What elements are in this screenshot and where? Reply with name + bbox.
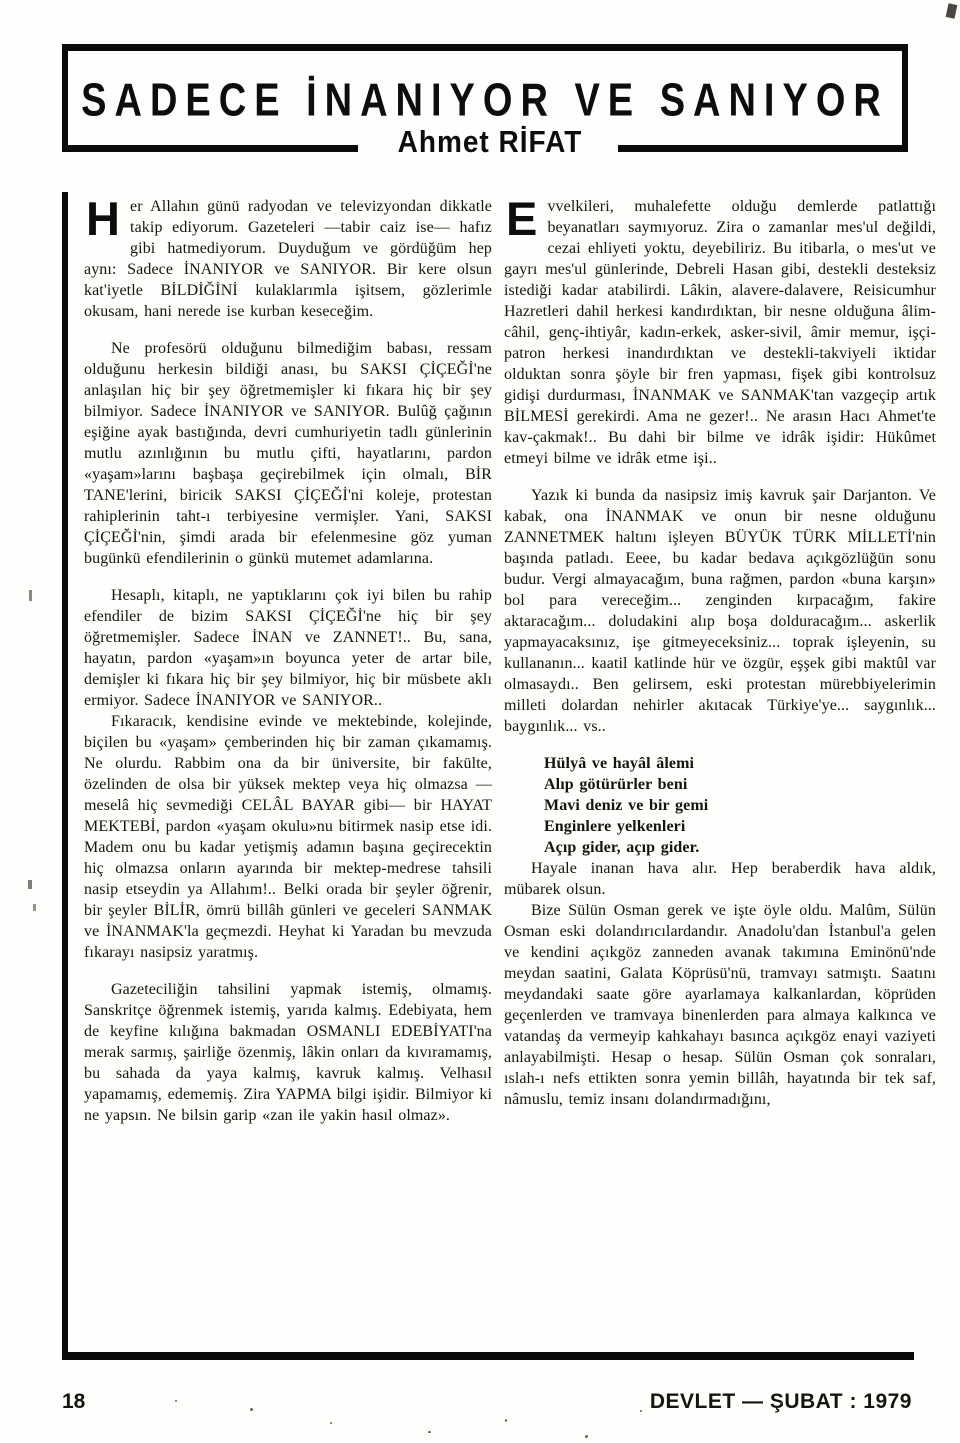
poem-line: Hülyâ ve hayâl âlemi bbox=[544, 753, 936, 774]
paragraph: Ne profesörü olduğunu bilmediğim babası,… bbox=[84, 338, 492, 569]
paragraph: Yazık ki bunda da nasipsiz imiş kavruk ş… bbox=[504, 485, 936, 737]
poem-line: Mavi deniz ve bir gemi bbox=[544, 795, 936, 816]
title-bottom-rule-left bbox=[62, 145, 358, 152]
paragraph: Evvelkileri, muhalefette olduğu demlerde… bbox=[504, 196, 936, 469]
title-bottom-rule-right bbox=[618, 145, 908, 152]
scan-artifact bbox=[946, 3, 958, 19]
scan-artifact bbox=[175, 1400, 177, 1402]
paragraph: Fıkaracık, kendisine evinde ve mektebind… bbox=[84, 711, 492, 963]
scan-artifact bbox=[505, 1419, 507, 1422]
paragraph: Hayale inanan hava alır. Hep beraberdik … bbox=[504, 858, 936, 900]
scan-artifact bbox=[780, 1402, 782, 1404]
left-column: Her Allahın günü radyodan ve televizyond… bbox=[84, 196, 492, 1126]
left-margin-rule bbox=[62, 192, 68, 1354]
poem-line: Açıp gider, açıp gider. bbox=[544, 837, 936, 858]
paragraph: Bize Sülün Osman gerek ve işte öyle oldu… bbox=[504, 900, 936, 1110]
scan-artifact bbox=[585, 1435, 588, 1438]
poem: Hülyâ ve hayâl âlemi Alıp götürürler ben… bbox=[544, 753, 936, 858]
footer-page-number: 18 bbox=[62, 1390, 85, 1414]
scan-artifact bbox=[250, 1408, 253, 1411]
scan-artifact bbox=[640, 1410, 642, 1412]
paragraph-text: er Allahın günü radyodan ve televizyonda… bbox=[84, 198, 492, 320]
poem-line: Enginlere yelkenleri bbox=[544, 816, 936, 837]
paragraph: Hesaplı, kitaplı, ne yaptıklarını çok iy… bbox=[84, 585, 492, 711]
scanned-page: { "colors": { "ink": "#17140f", "paper":… bbox=[0, 0, 960, 1443]
article-title: SADECE İNANIYOR VE SANIYOR bbox=[68, 75, 902, 127]
drop-cap: H bbox=[84, 196, 130, 256]
scan-artifact bbox=[29, 590, 32, 601]
author-name: Ahmet RİFAT bbox=[370, 124, 610, 159]
scan-artifact bbox=[33, 904, 36, 911]
scan-artifact bbox=[330, 1422, 332, 1424]
bottom-rule bbox=[62, 1352, 914, 1360]
paragraph: Her Allahın günü radyodan ve televizyond… bbox=[84, 196, 492, 322]
scan-artifact bbox=[428, 1431, 431, 1433]
paragraph-text: vvelkileri, muhalefette olduğu demlerde … bbox=[504, 198, 936, 467]
poem-line: Alıp götürürler beni bbox=[544, 774, 936, 795]
right-column: Evvelkileri, muhalefette olduğu demlerde… bbox=[504, 196, 936, 1110]
drop-cap: E bbox=[504, 196, 547, 256]
scan-artifact bbox=[28, 880, 32, 889]
paragraph: Gazeteciliğin tahsilini yapmak istemiş, … bbox=[84, 979, 492, 1126]
